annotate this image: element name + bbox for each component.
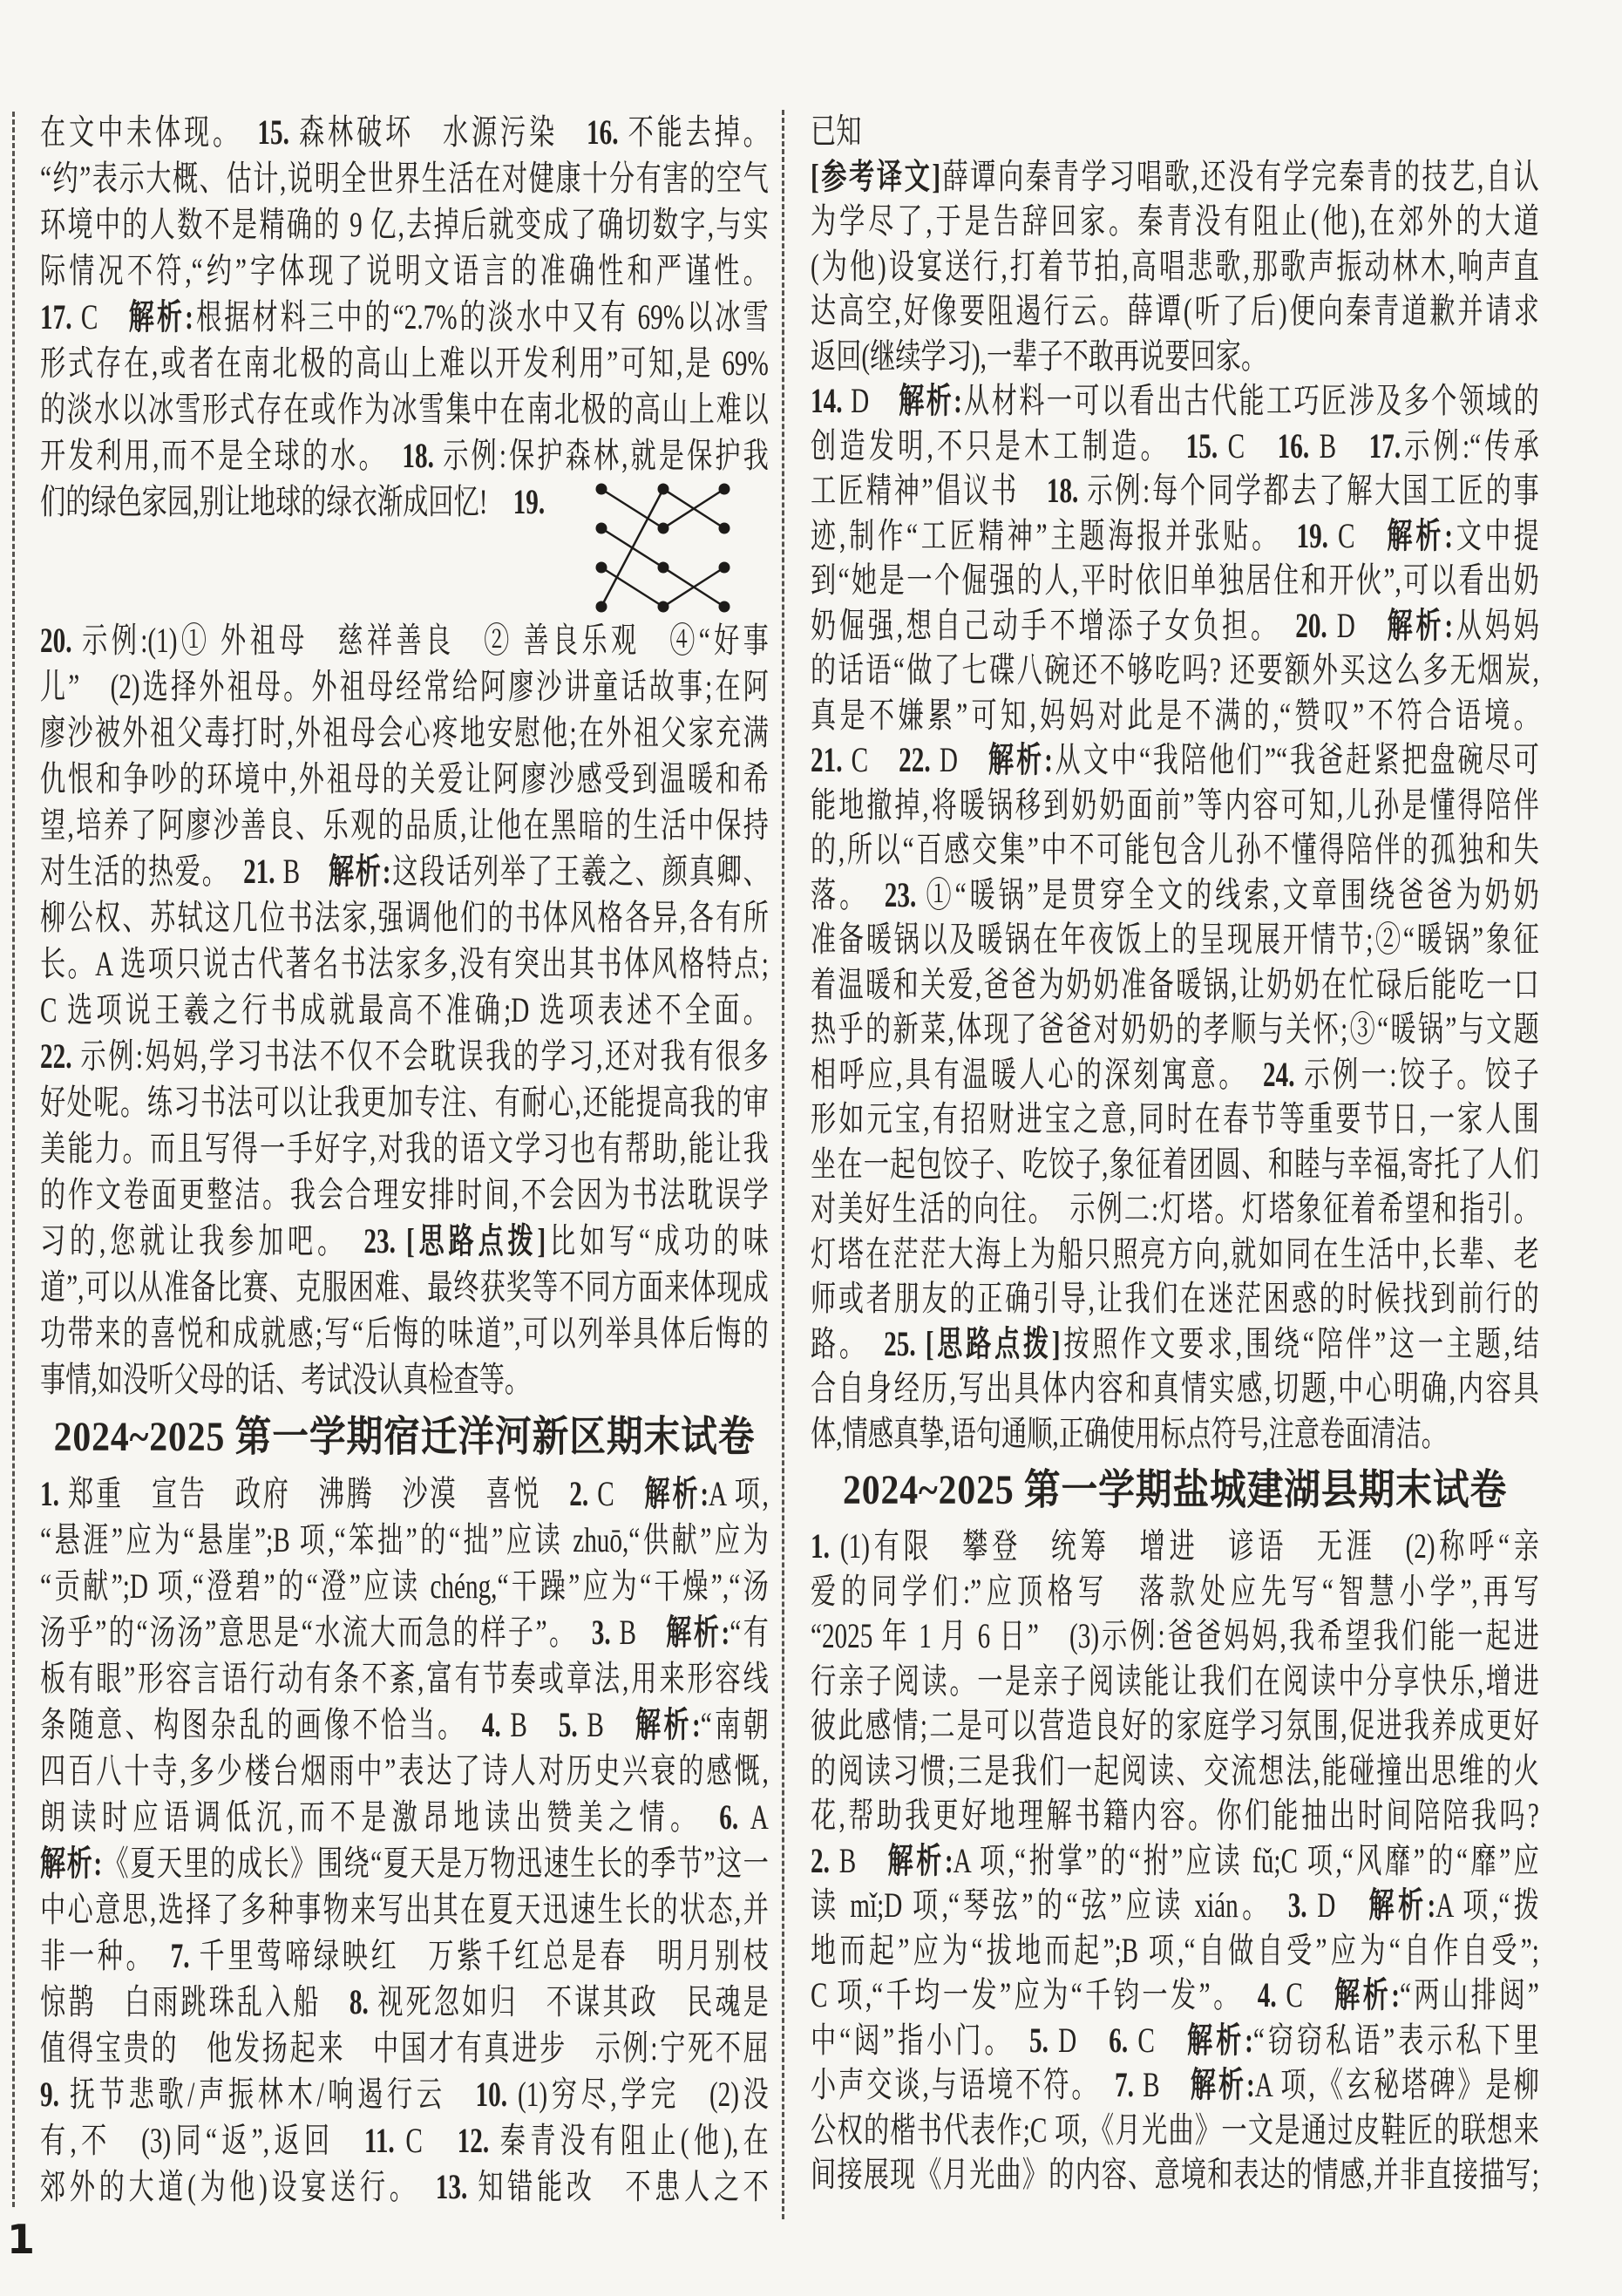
- text-line: 长。A 选项只说古代著名书法家多,没有突出其书体风格特点;: [40, 941, 769, 988]
- right-column: 已知[参考译文]薛谭向秦青学习唱歌,还没有学完秦青的技艺,自认为学尽了,于是告辞…: [811, 110, 1536, 2198]
- left-column: 在文中未体现。 15. 森林破坏 水源污染 16. 不能去掉。“约”表示大概、估…: [40, 110, 769, 2211]
- text-line: 形如元宝,有招财进宝之意,同时在春节等重要节日,一家人围: [811, 1097, 1539, 1143]
- text-line: 花,帮助我更好地理解书籍内容。你们能抽出时间陪陪我吗?: [811, 1794, 1539, 1839]
- text-line: [参考译文]薛谭向秦青学习唱歌,还没有学完秦青的技艺,自认: [811, 155, 1539, 200]
- left-column-lines-bottom: 1. 郑重 宣告 政府 沸腾 沙漠 喜悦 2. C 解析:A 项,“悬涯”应为“…: [40, 1471, 769, 2211]
- text-line: 路。 25. [思路点拨]按照作文要求,围绕“陪伴”这一主题,结: [811, 1322, 1539, 1368]
- text-line: 热乎的新菜,体现了爸爸对奶奶的孝顺与关怀;③“暖锅”与文题: [811, 1008, 1539, 1053]
- text-line: 2. B 解析:A 项,“拊掌”的“拊”应读 fǔ;C 项,“风靡”的“靡”应: [811, 1839, 1539, 1885]
- text-line: 师或者朋友的正确引导,让我们在迷茫困惑的时候找到前行的: [811, 1277, 1539, 1322]
- text-line: 习的,您就让我参加吧。 23. [思路点拨]比如写“成功的味: [40, 1219, 769, 1265]
- text-line: 对生活的热爱。 21. B 解析:这段话列举了王羲之、颜真卿、: [40, 849, 769, 895]
- text-line: C 选项说王羲之行书成就最高不准确;D 选项表述不全面。: [40, 988, 769, 1034]
- text-line: “悬涯”应为“悬崖”;B 项,“笨拙”的“拙”应读 zhuō,“供献”应为: [40, 1518, 769, 1564]
- text-line: 地而起”应为“拔地而起”;B 项,“自做自受”应为“自作自受”;: [811, 1929, 1539, 1974]
- text-line: 事情,如没听父母的话、考试没认真检查等。: [40, 1357, 769, 1403]
- text-line: “2025 年 1 月 6 日” (3)示例:爸爸妈妈,我希望我们能一起进: [811, 1614, 1539, 1660]
- text-line: 在文中未体现。 15. 森林破坏 水源污染 16. 不能去掉。: [40, 110, 769, 156]
- text-line: 17. C 解析:根据材料三中的“2.7%的淡水中又有 69%以冰雪: [40, 295, 769, 341]
- text-line: 条随意、构图杂乱的画像不恰当。 4. B 5. B 解析:“南朝: [40, 1702, 769, 1749]
- text-line: 道”,可以从准备比赛、克服困难、最终获奖等不同方面来体现成: [40, 1265, 769, 1311]
- text-line: 1. 郑重 宣告 政府 沸腾 沙漠 喜悦 2. C 解析:A 项,: [40, 1471, 769, 1518]
- text-line: 21. C 22. D 解析:从文中“我陪他们”“我爸赶紧把盘碗尽可: [811, 738, 1539, 784]
- text-line: 合自身经历,写出具体内容和真情实感,切题,中心明确,内容具: [811, 1367, 1539, 1412]
- matching-diagram-svg: [561, 481, 744, 621]
- text-line: 望,培养了阿廖沙善良、乐观的品质,让他在黑暗的生活中保持: [40, 803, 769, 849]
- text-line: 准备暖锅以及暖锅在年夜饭上的呈现展开情节;②“暖锅”象征: [811, 918, 1539, 963]
- text-line: 奶倔强,想自己动手不增添子女负担。 20. D 解析:从妈妈: [811, 604, 1539, 649]
- text-line: 的作文卷面更整洁。我会合理安排时间,不会因为书法耽误学: [40, 1172, 769, 1219]
- text-line: 到“她是一个倔强的人,平时依旧单独居住和开伙”,可以看出奶: [811, 559, 1539, 604]
- text-line: 仇恨和争吵的环境中,外祖母的关爱让阿廖沙感受到温暖和希: [40, 757, 769, 803]
- text-line: 解析:《夏天里的成长》围绕“夏天是万物迅速生长的季节”这一: [40, 1841, 769, 1887]
- left-column-lines-top: 在文中未体现。 15. 森林破坏 水源污染 16. 不能去掉。“约”表示大概、估…: [40, 110, 769, 1403]
- text-line: 已知: [811, 110, 1539, 155]
- text-line: 的阅读习惯;三是我们一起阅读、交流想法,能碰撞出思维的火: [811, 1749, 1539, 1795]
- text-line: 美能力。而且写得一手好字,对我的语文学习也有帮助,能让我: [40, 1126, 769, 1172]
- left-edge-dashed-line: [12, 112, 15, 2207]
- text-line: 汤乎”的“汤汤”意思是“水流大而急的样子”。 3. B 解析:“有: [40, 1610, 769, 1656]
- text-line: 对美好生活的向往。 示例二:灯塔。灯塔象征着希望和指引。: [811, 1187, 1539, 1233]
- text-line: 14. D 解析:从材料一可以看出古代能工巧匠涉及多个领域的: [811, 379, 1539, 425]
- text-line: 的话语“做了七碟八碗还不够吃吗? 还要额外买这么多无烟炭,: [811, 649, 1539, 694]
- text-line: 彼此感情;二是可以营造良好的家庭学习氛围,促进我养成更好: [811, 1704, 1539, 1749]
- text-line: 坐在一起包饺子、吃饺子,象征着团圆、和睦与幸福,寄托了人们: [811, 1143, 1539, 1188]
- text-line: 20. 示例:(1)① 外祖母 慈祥善良 ② 善良乐观 ④“好事: [40, 618, 769, 664]
- text-line: 真是不嫌累”可知,妈妈对此是不满的,“赞叹”不符合语境。: [811, 694, 1539, 739]
- column-divider-dashed-line: [782, 110, 784, 2219]
- text-line: “贡献”;D 项,“澄碧”的“澄”应读 chéng,“干躁”应为“干燥”,“汤: [40, 1564, 769, 1610]
- text-line: 值得宝贵的 他发扬起来 中国才有真进步 示例:宁死不屈: [40, 2026, 769, 2072]
- text-line: 开发利用,而不是全球的水。 18. 示例:保护森林,就是保护我: [40, 433, 769, 479]
- text-line: 能地撤掉,将暖锅移到奶奶面前”等内容可知,儿孙是懂得陪伴: [811, 784, 1539, 829]
- text-line: 中心意思,选择了多种事物来写出其在夏天迅速生长的状态,并: [40, 1887, 769, 1933]
- text-line: 体,情感真挚,语句通顺,正确使用标点符号,注意卷面清洁。: [811, 1412, 1539, 1457]
- page: 在文中未体现。 15. 森林破坏 水源污染 16. 不能去掉。“约”表示大概、估…: [0, 0, 1622, 2296]
- right-column-lines-bottom: 1. (1)有限 攀登 统筹 增进 谚语 无涯 (2)称呼“亲爱的同学们:”应顶…: [811, 1525, 1536, 2198]
- text-line: 惊鹊 白雨跳珠乱入船 8. 视死忽如归 不谋其政 民魂是: [40, 1980, 769, 2026]
- text-line: 着温暖和关爱,爸爸为奶奶准备暖锅,让奶奶在忙碌后能吃一口: [811, 963, 1539, 1009]
- text-line: 迹,制作“工匠精神”主题海报并张贴。 19. C 解析:文中提: [811, 514, 1539, 560]
- matching-diagram: [561, 481, 744, 621]
- text-line: 四百八十寺,多少楼台烟雨中”表达了诗人对历史兴衰的感慨,: [40, 1749, 769, 1795]
- text-line: 9. 抚节悲歌/声振林木/响遏行云 10. (1)穷尽,学完 (2)没: [40, 2072, 769, 2118]
- text-line: 返回(继续学习),一辈子不敢再说要回家。: [811, 335, 1539, 380]
- text-line: 朗读时应语调低沉,而不是激昂地读出赞美之情。 6. A: [40, 1795, 769, 1841]
- text-line: 创造发明,不只是木工制造。 15. C 16. B 17.示例:“传承: [811, 425, 1539, 470]
- text-line: 达高空,好像要阻遏行云。薛谭(听了后)便向秦青道歉并请求: [811, 289, 1539, 335]
- text-line: 爱的同学们:”应顶格写 落款处应先写“智慧小学”,再写: [811, 1570, 1539, 1615]
- text-line: 功带来的喜悦和成就感;写“后悔的味道”,可以列举具体后悔的: [40, 1311, 769, 1357]
- text-line: 工匠精神”倡议书 18. 示例:每个同学都去了解大国工匠的事: [811, 469, 1539, 514]
- text-line: 公权的楷书代表作;C 项,《月光曲》一文是通过皮鞋匠的联想来: [811, 2109, 1539, 2154]
- text-line: 郊外的大道(为他)设宴送行。 13. 知错能改 不患人之不: [40, 2164, 769, 2211]
- section-header-suqian: 2024~2025 第一学期宿迁洋河新区期末试卷: [40, 1410, 769, 1465]
- text-line: 环境中的人数不是精确的 9 亿,去掉后就变成了确切数字,与实: [40, 202, 769, 248]
- text-line: 好处呢。练习书法可以让我更加专注、有耐心,还能提高我的审: [40, 1080, 769, 1126]
- text-line: 读 mǐ;D 项,“琴弦”的“弦”应读 xián。 3. D 解析:A 项,“拨: [811, 1884, 1539, 1929]
- page-number: 1: [7, 2216, 35, 2263]
- text-line: 有,不 (3)同“返”,返回 11. C 12. 秦青没有阻止(他),在: [40, 2118, 769, 2164]
- text-line: C 项,“千均一发”应为“千钧一发”。 4. C 解析:“两山排闼”: [811, 1973, 1539, 2019]
- text-line: 相呼应,具有温暖人心的深刻寓意。 24. 示例一:饺子。饺子: [811, 1053, 1539, 1098]
- text-line: 行亲子阅读。一是亲子阅读能让我们在阅读中分享快乐,增进: [811, 1660, 1539, 1705]
- text-line: 形式存在,或者在南北极的高山上难以开发利用”可知,是 69%: [40, 341, 769, 387]
- text-line: 板有眼”形容言语行动有条不紊,富有节奏或章法,用来形容线: [40, 1656, 769, 1702]
- text-line: 儿” (2)选择外祖母。外祖母经常给阿廖沙讲童话故事;在阿: [40, 664, 769, 710]
- text-line: 间接展现《月光曲》的内容、意境和表达的情感,并非直接描写;: [811, 2153, 1539, 2198]
- text-line: 的,所以“百感交集”中不可能包含儿孙不懂得陪伴的孤独和失: [811, 828, 1539, 873]
- text-line: 际情况不符,“约”字体现了说明文语言的准确性和严谨性。: [40, 248, 769, 295]
- text-line: 中“闼”指小门。 5. D 6. C 解析:“窃窃私语”表示私下里: [811, 2019, 1539, 2064]
- section-header-yancheng: 2024~2025 第一学期盐城建湖县期末试卷: [811, 1463, 1539, 1518]
- text-line: (为他)设宴送行,打着节拍,高唱悲歌,那歌声振动林木,响声直: [811, 245, 1539, 290]
- text-line: 柳公权、苏轼这几位书法家,强调他们的书体风格各异,各有所: [40, 895, 769, 941]
- text-line: 非一种。 7. 千里莺啼绿映红 万紫千红总是春 明月别枝: [40, 1933, 769, 1980]
- text-line: 灯塔在茫茫大海上为船只照亮方向,就如同在生活中,长辈、老: [811, 1233, 1539, 1278]
- text-line: 小声交谈,与语境不符。 7. B 解析:A 项,《玄秘塔碑》是柳: [811, 2063, 1539, 2109]
- text-line: 廖沙被外祖父毒打时,外祖母会心疼地安慰他;在外祖父家充满: [40, 710, 769, 757]
- text-line: 22. 示例:妈妈,学习书法不仅不会耽误我的学习,还对我有很多: [40, 1034, 769, 1080]
- text-line: “约”表示大概、估计,说明全世界生活在对健康十分有害的空气: [40, 156, 769, 202]
- text-line: 为学尽了,于是告辞回家。秦青没有阻止(他),在郊外的大道: [811, 200, 1539, 245]
- text-line: 1. (1)有限 攀登 统筹 增进 谚语 无涯 (2)称呼“亲: [811, 1525, 1539, 1570]
- text-line: 的淡水以冰雪形式存在或作为冰雪集中在南北极的高山上难以: [40, 387, 769, 433]
- text-line: 落。 23. ①“暖锅”是贯穿全文的线索,文章围绕爸爸为奶奶: [811, 873, 1539, 919]
- right-column-lines-top: 已知[参考译文]薛谭向秦青学习唱歌,还没有学完秦青的技艺,自认为学尽了,于是告辞…: [811, 110, 1536, 1457]
